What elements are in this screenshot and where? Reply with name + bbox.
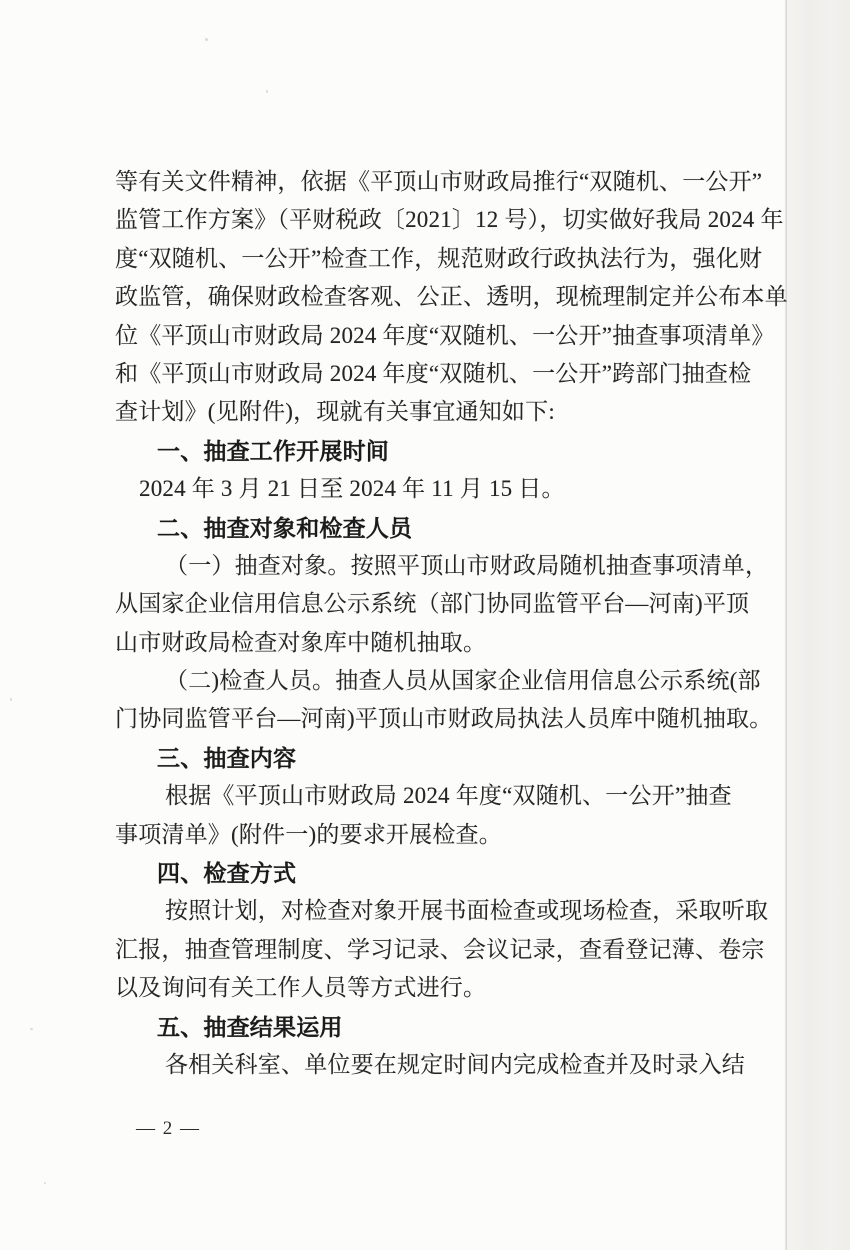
text-line: 按照计划，对检查对象开展书面检查或现场检查，采取听取 <box>115 892 783 930</box>
page-number: — 2 — <box>136 1118 201 1140</box>
text-line: 监管工作方案》（平财税政〔2021〕12 号），切实做好我局 2024 年 <box>115 201 783 239</box>
text-line: 以及询问有关工作人员等方式进行。 <box>115 969 783 1007</box>
page-edge-shadow <box>787 0 850 1250</box>
text-line: 度“双随机、一公开”检查工作，规范财政行政执法行为，强化财 <box>115 240 783 278</box>
text-line: （一）抽查对象。按照平顶山市财政局随机抽查事项清单， <box>115 547 783 585</box>
scan-speck <box>10 698 12 701</box>
section-heading: 三、抽查内容 <box>115 739 783 777</box>
scan-speck <box>266 90 268 93</box>
text-line: 汇报，抽查管理制度、学习记录、会议记录，查看登记薄、卷宗 <box>115 931 783 969</box>
text-line: 2024 年 3 月 21 日至 2024 年 11 月 15 日。 <box>115 470 783 508</box>
text-line: 等有关文件精神，依据《平顶山市财政局推行“双随机、一公开” <box>115 163 783 201</box>
text-line: 根据《平顶山市财政局 2024 年度“双随机、一公开”抽查 <box>115 777 783 815</box>
scan-speck <box>44 1182 46 1184</box>
text-line: 门协同监管平台—河南)平顶山市财政局执法人员库中随机抽取。 <box>115 700 783 738</box>
section-heading: 四、检查方式 <box>115 854 783 892</box>
scan-speck <box>30 1028 33 1030</box>
scan-speck <box>205 38 208 41</box>
section-heading: 二、抽查对象和检查人员 <box>115 509 783 547</box>
text-line: 各相关科室、单位要在规定时间内完成检查并及时录入结 <box>115 1046 783 1084</box>
section-heading: 五、抽查结果运用 <box>115 1008 783 1046</box>
text-line: 从国家企业信用信息公示系统（部门协同监管平台—河南)平顶 <box>115 585 783 623</box>
text-line: 事项清单》(附件一)的要求开展检查。 <box>115 816 783 854</box>
text-line: 位《平顶山市财政局 2024 年度“双随机、一公开”抽查事项清单》 <box>115 317 783 355</box>
page-edge-line <box>786 0 787 1250</box>
scanned-document-page: 等有关文件精神，依据《平顶山市财政局推行“双随机、一公开”监管工作方案》（平财税… <box>0 0 850 1250</box>
text-line: （二)检查人员。抽查人员从国家企业信用信息公示系统(部 <box>115 662 783 700</box>
section-heading: 一、抽查工作开展时间 <box>115 432 783 470</box>
text-line: 和《平顶山市财政局 2024 年度“双随机、一公开”跨部门抽查检 <box>115 355 783 393</box>
document-body: 等有关文件精神，依据《平顶山市财政局推行“双随机、一公开”监管工作方案》（平财税… <box>115 163 783 1084</box>
text-line: 山市财政局检查对象库中随机抽取。 <box>115 624 783 662</box>
text-line: 政监管，确保财政检查客观、公正、透明，现梳理制定并公布本单 <box>115 278 783 316</box>
text-line: 查计划》(见附件)，现就有关事宜通知如下: <box>115 393 783 431</box>
